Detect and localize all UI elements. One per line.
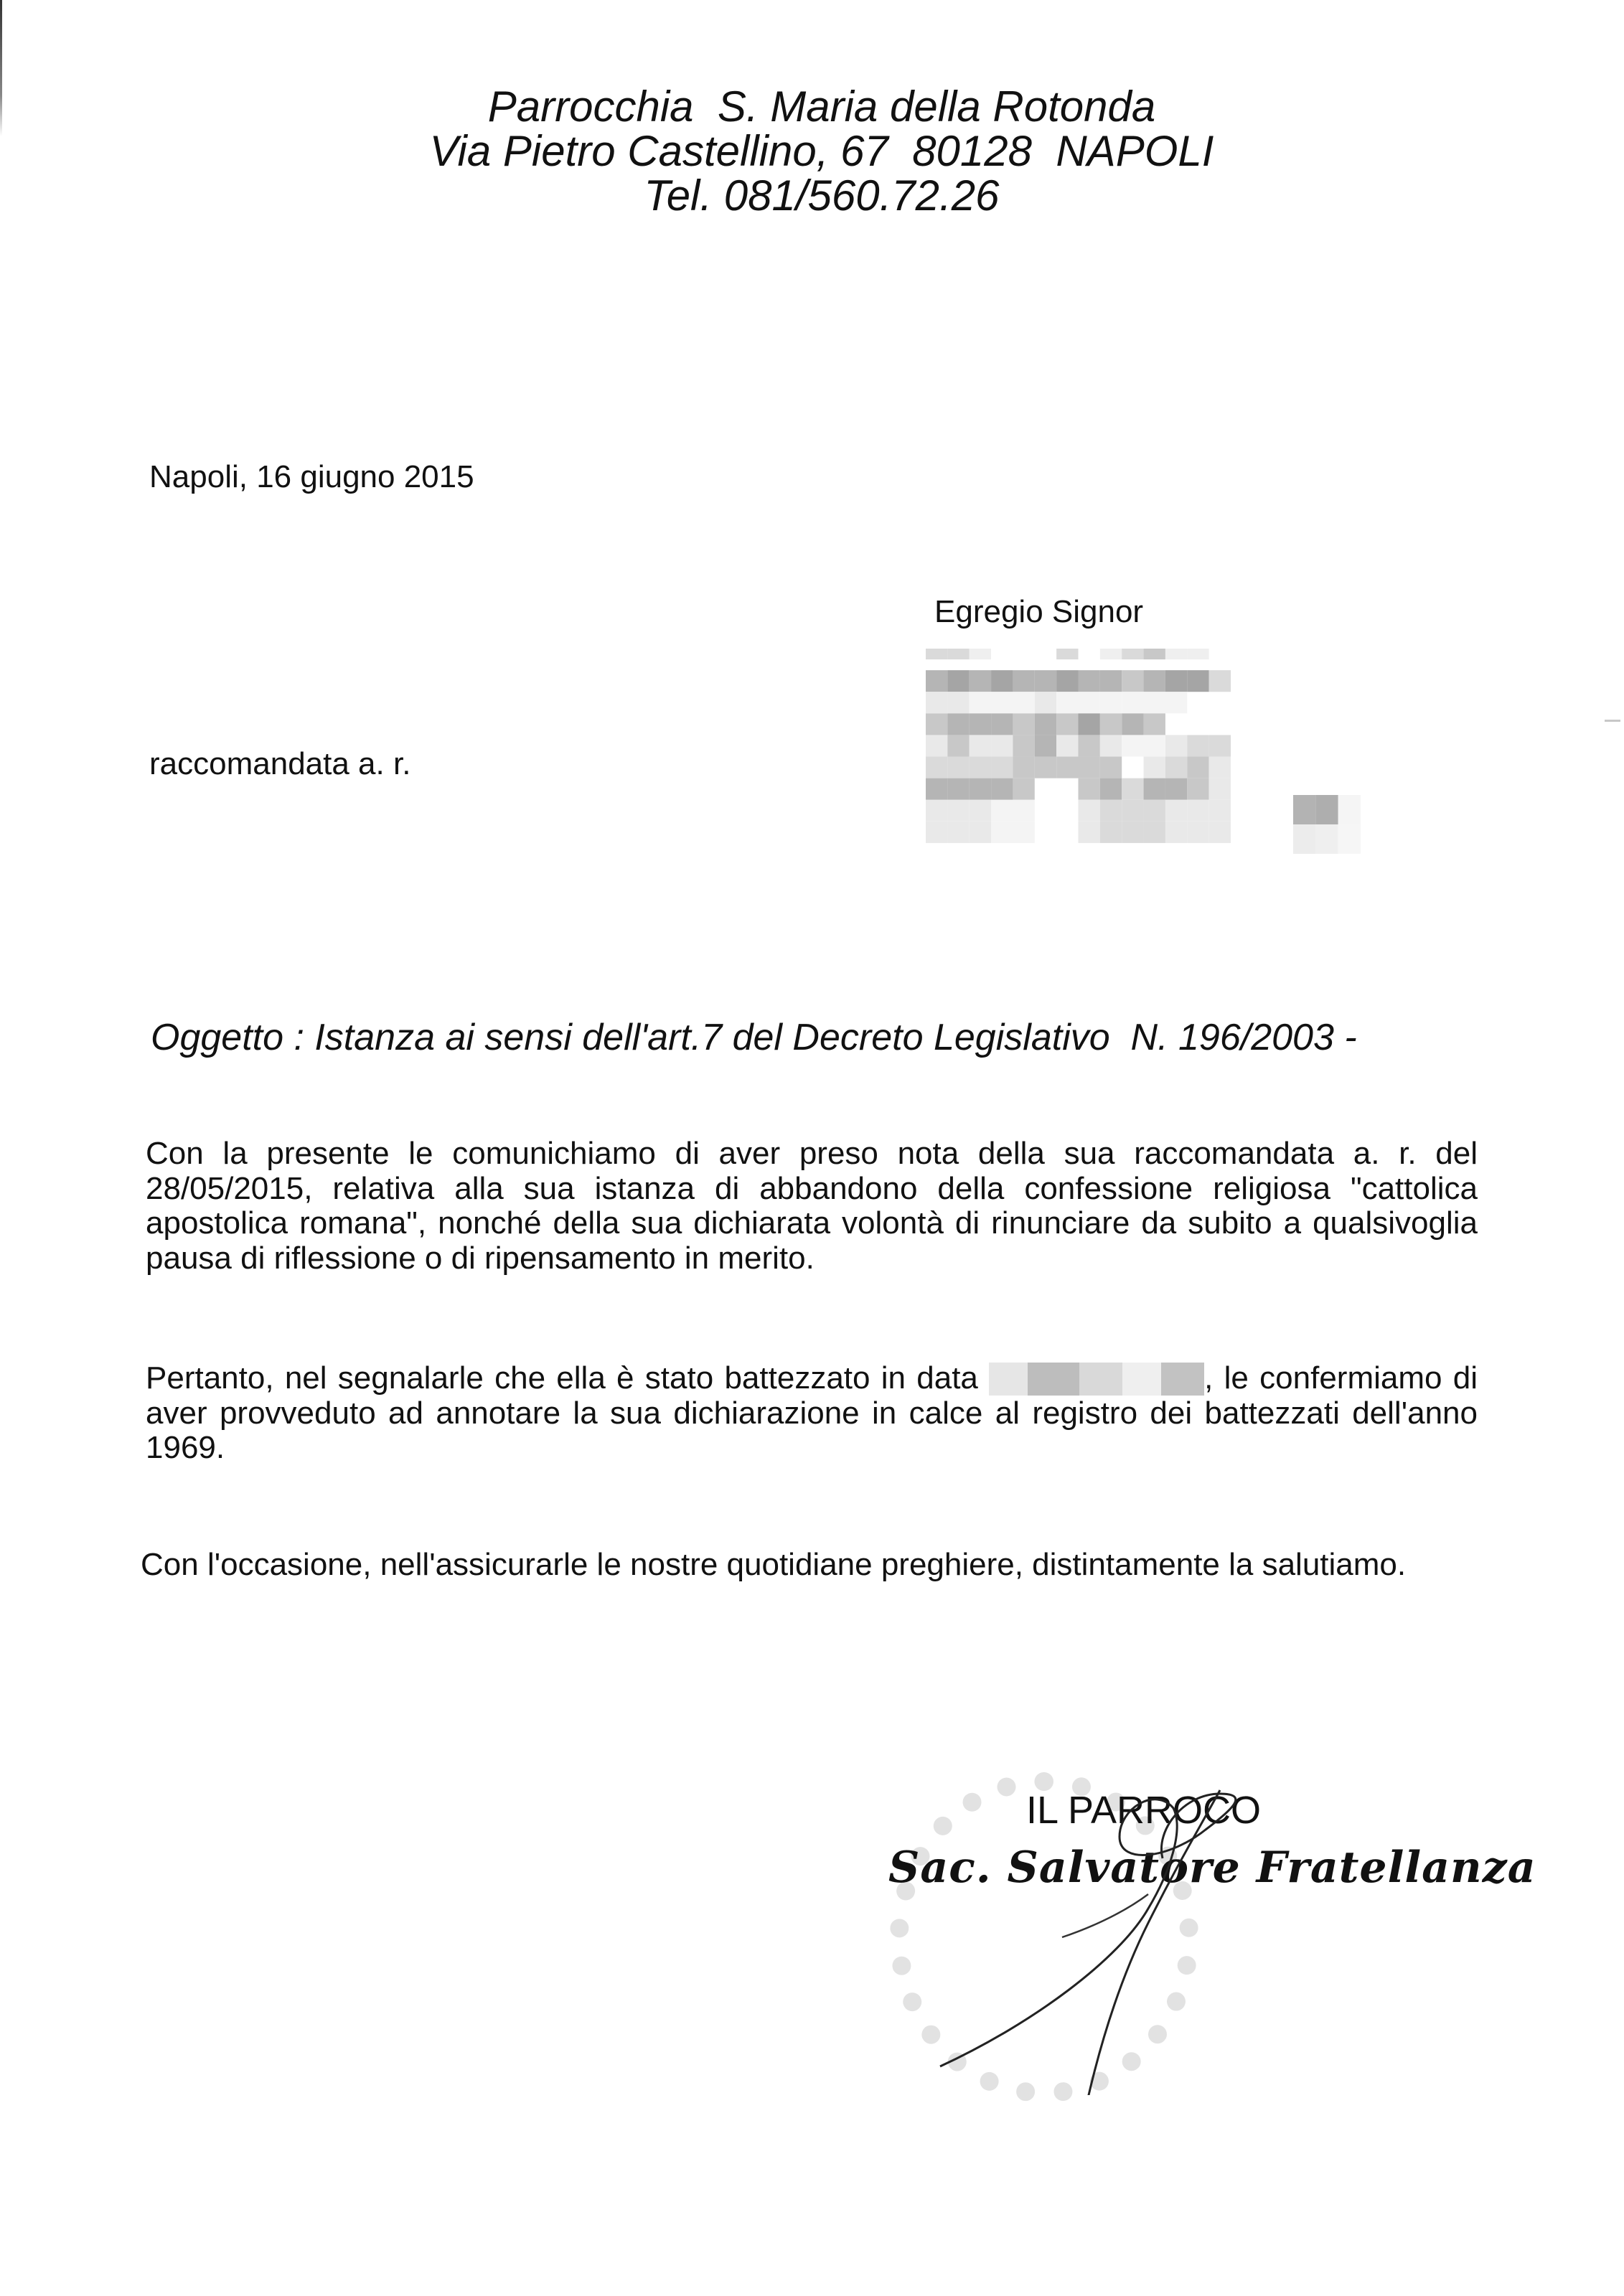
delivery-method: raccomandata a. r. <box>149 746 410 782</box>
body-paragraph-1: Con la presente le comunichiamo di aver … <box>146 1137 1478 1276</box>
letterhead-address: Via Pietro Castellino, 67 80128 NAPOLI <box>0 129 1624 174</box>
redacted-recipient-address <box>926 649 1231 854</box>
letterhead-phone: Tel. 081/560.72.26 <box>0 174 1624 218</box>
letter-date: Napoli, 16 giugno 2015 <box>149 459 474 495</box>
closing-line: Con l'occasione, nell'assicurarle le nos… <box>141 1547 1406 1583</box>
margin-mark <box>1605 720 1620 722</box>
handwritten-signature <box>847 1722 1392 2095</box>
redacted-postal-code <box>1293 795 1361 854</box>
letter-subject: Oggetto : Istanza ai sensi dell'art.7 de… <box>151 1016 1357 1059</box>
letterhead-parish-name: Parrocchia S. Maria della Rotonda <box>0 85 1624 129</box>
paragraph-2-lead: Pertanto, nel segnalarle che ella è stat… <box>146 1360 989 1396</box>
redacted-baptism-date <box>989 1363 1204 1396</box>
recipient-salutation: Egregio Signor <box>934 594 1143 630</box>
signature-block: IL PARROCO Sac. Salvatore Fratellanza <box>847 1722 1392 2095</box>
letterhead: Parrocchia S. Maria della Rotonda Via Pi… <box>0 85 1624 218</box>
body-paragraph-2: Pertanto, nel segnalarle che ella è stat… <box>146 1361 1478 1466</box>
